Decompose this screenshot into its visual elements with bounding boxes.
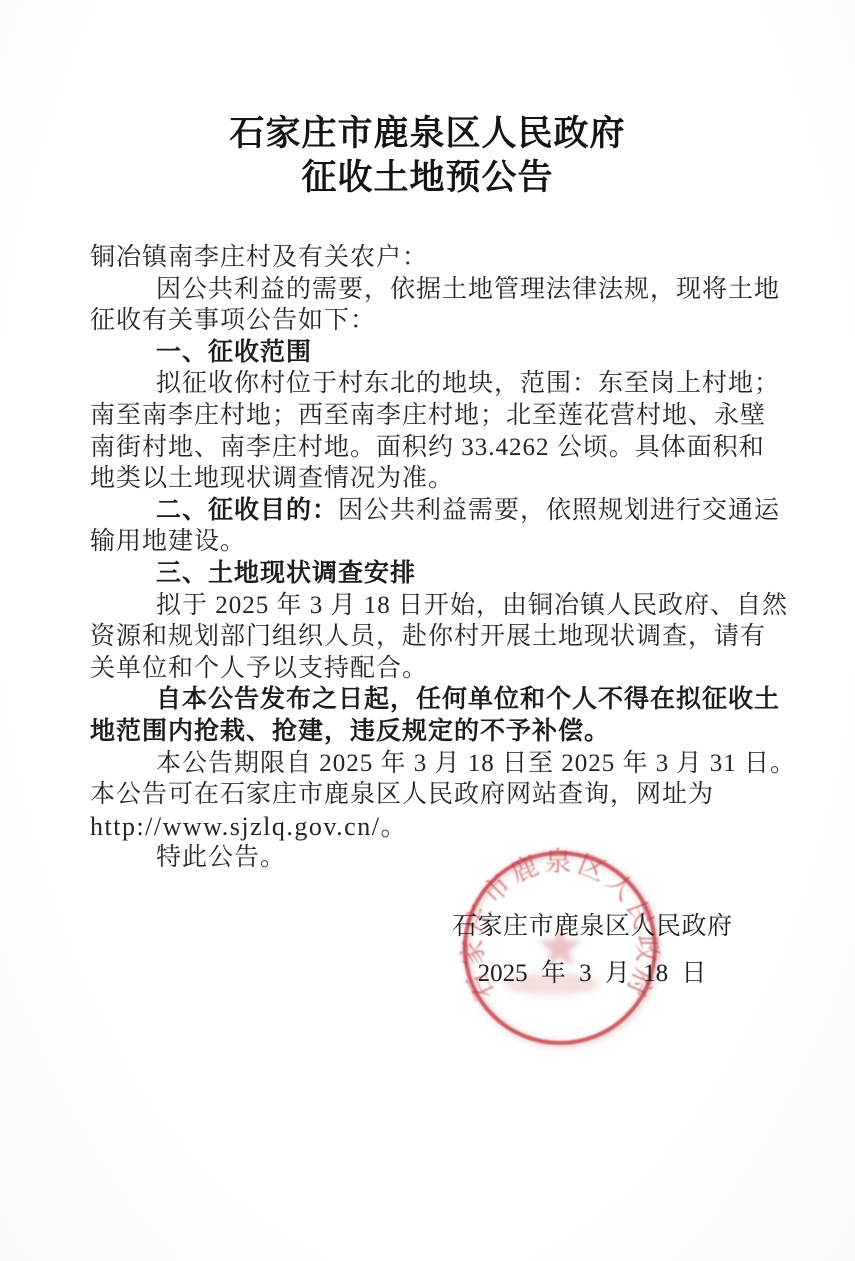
closing-line: 特此公告。 xyxy=(90,842,780,874)
section-heading-3: 三、土地现状调查安排 xyxy=(90,558,780,590)
website-url-text: http://www.sjzlq.gov.cn/。 xyxy=(90,811,780,843)
body-line: 南街村地、南李庄村地。面积约 33.4262 公顷。具体面积和 xyxy=(90,432,780,464)
signature-date: 2025 年 3 月 18 日 xyxy=(452,953,732,989)
body-line: 本公告可在石家庄市鹿泉区人民政府网站查询，网址为 xyxy=(90,779,780,811)
scanned-notice-page: 石家庄市鹿泉区人民政府 征收土地预公告 铜冶镇南李庄村及有关农户： 因公共利益的… xyxy=(0,0,855,1261)
notice-title: 石家庄市鹿泉区人民政府 征收土地预公告 xyxy=(0,112,855,200)
signature-block: 石家庄市鹿泉区人民政府 2025 年 3 月 18 日 xyxy=(452,906,732,989)
body-line: 征收有关事项公告如下： xyxy=(90,305,780,337)
body-line: 南至南李庄村地；西至南李庄村地；北至莲花营村地、永壁 xyxy=(90,400,780,432)
warning-line: 自本公告发布之日起，任何单位和个人不得在拟征收土 xyxy=(90,684,780,716)
body-line: 地类以土地现状调查情况为准。 xyxy=(90,463,780,495)
body-line: 拟于 2025 年 3 月 18 日开始，由铜冶镇人民政府、自然 xyxy=(90,590,780,622)
body-line: 因公共利益的需要，依据土地管理法律法规，现将土地 xyxy=(90,274,780,306)
notice-body: 铜冶镇南李庄村及有关农户： 因公共利益的需要，依据土地管理法律法规，现将土地 征… xyxy=(90,242,780,874)
signature-name: 石家庄市鹿泉区人民政府 xyxy=(452,906,732,942)
section-heading-2-line: 二、征收目的：因公共利益需要，依照规划进行交通运 xyxy=(90,495,780,527)
warning-line: 地范围内抢栽、抢建，违反规定的不予补偿。 xyxy=(90,716,780,748)
body-line: 输用地建设。 xyxy=(90,526,780,558)
section-heading-1: 一、征收范围 xyxy=(90,337,780,369)
body-line: 拟征收你村位于村东北的地块，范围：东至岗上村地； xyxy=(90,368,780,400)
notice-title-line1: 石家庄市鹿泉区人民政府 xyxy=(0,112,855,156)
section-heading-2-label: 二、征收目的： xyxy=(156,496,338,524)
body-line: 资源和规划部门组织人员，赴你村开展土地现状调查，请有 xyxy=(90,621,780,653)
body-line-salutation: 铜冶镇南李庄村及有关农户： xyxy=(90,242,780,274)
body-line: 关单位和个人予以支持配合。 xyxy=(90,653,780,685)
notice-title-line2: 征收土地预公告 xyxy=(0,156,855,200)
body-line: 本公告期限自 2025 年 3 月 18 日至 2025 年 3 月 31 日。 xyxy=(90,748,780,780)
body-line-fragment: 因公共利益需要，依照规划进行交通运 xyxy=(338,497,780,524)
